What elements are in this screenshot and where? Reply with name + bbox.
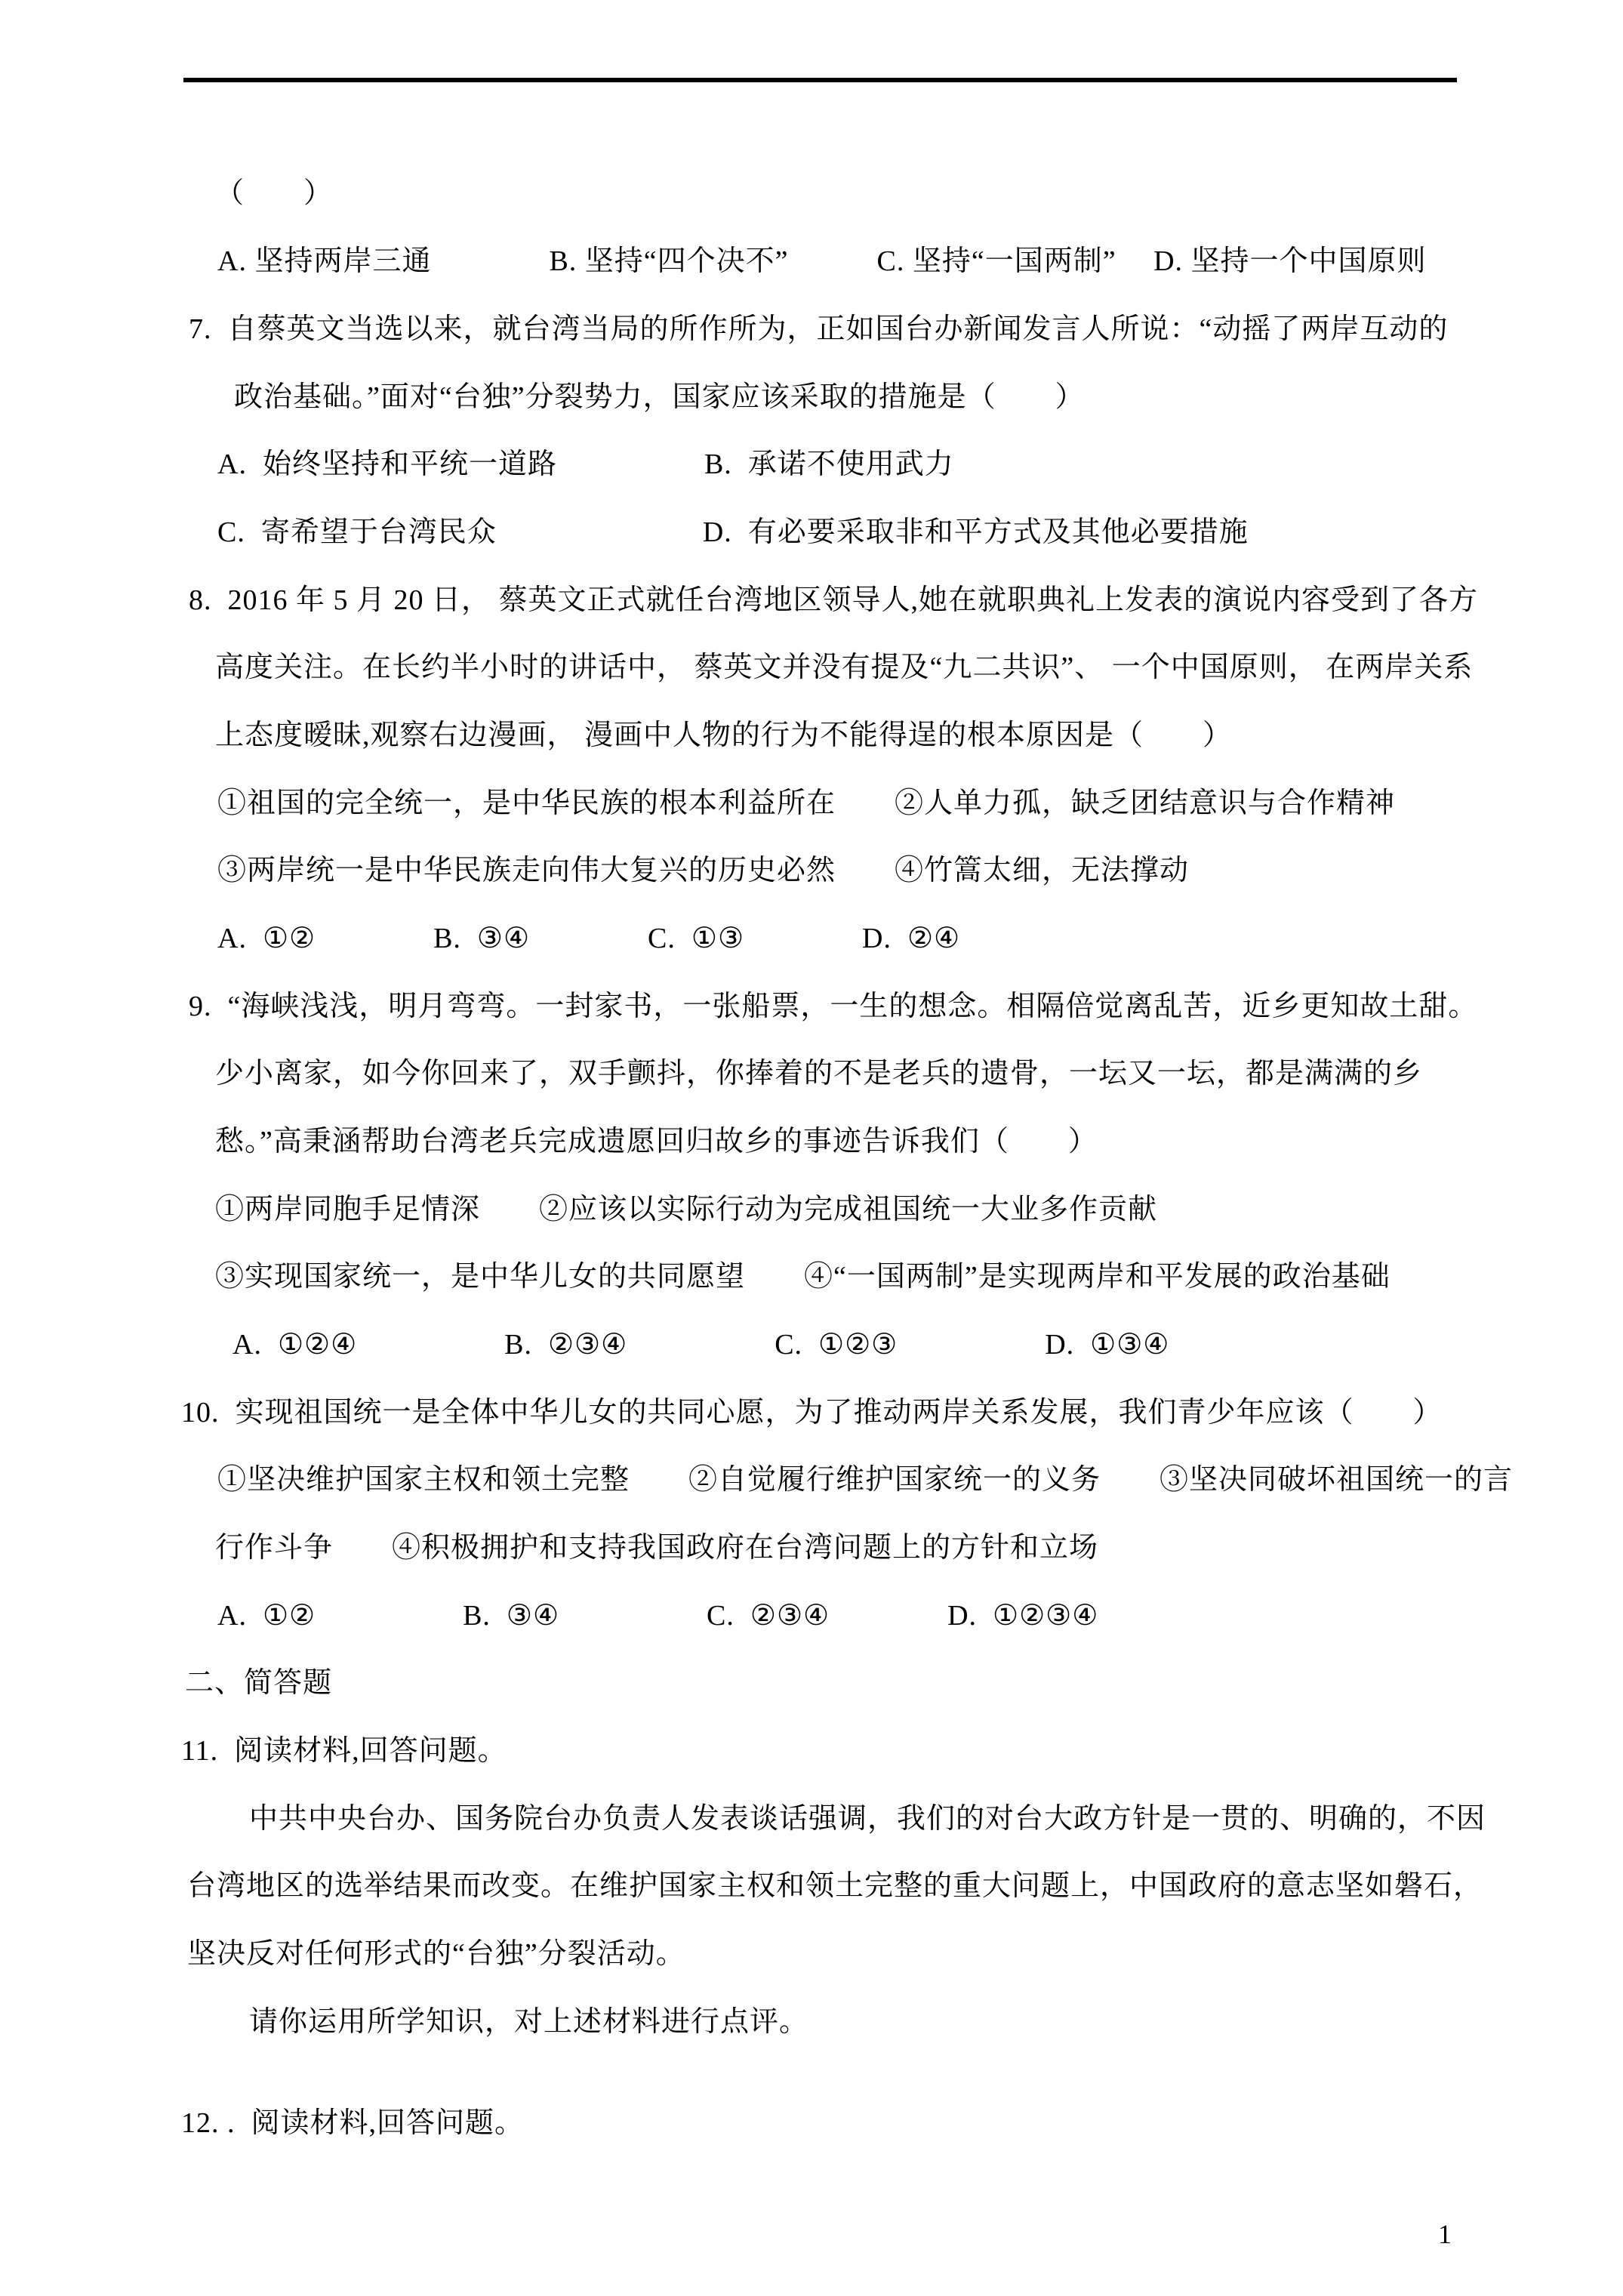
text-line: 少小离家，如今你回来了，双手颤抖，你捧着的不是老兵的遗骨，一坛又一坛，都是满满的… bbox=[215, 1054, 1422, 1093]
page-number: 1 bbox=[1438, 2218, 1452, 2250]
text-line: 上态度暧昧,观察右边漫画， 漫画中人物的行为不能得逞的根本原因是（ ） bbox=[215, 716, 1232, 755]
text-line: 愁。”高秉涵帮助台湾老兵完成遗愿回归故乡的事迹告诉我们（ ） bbox=[215, 1122, 1098, 1161]
text-line: 行作斗争 ④积极拥护和支持我国政府在台湾问题上的方针和立场 bbox=[215, 1528, 1098, 1567]
text-line: 政治基础。”面对“台独”分裂势力，国家应该采取的措施是（ ） bbox=[234, 378, 1085, 417]
text-line: ①两岸同胞手足情深 ②应该以实际行动为完成祖国统一大业多作贡献 bbox=[215, 1190, 1157, 1229]
text-line: ③实现国家统一，是中华儿女的共同愿望 ④“一国两制”是实现两岸和平发展的政治基础 bbox=[215, 1257, 1390, 1296]
text-line: 11. 阅读材料,回答问题。 bbox=[181, 1731, 507, 1771]
text-line: A. ①② B. ③④ C. ①③ D. ②④ bbox=[217, 919, 960, 958]
text-line: 8. 2016 年 5 月 20 日， 蔡英文正式就任台湾地区领导人,她在就职典… bbox=[189, 581, 1478, 620]
text-line: ①祖国的完全统一，是中华民族的根本利益所在 ②人单力孤，缺乏团结意识与合作精神 bbox=[217, 784, 1395, 823]
text-line: 10. 实现祖国统一是全体中华儿女的共同心愿，为了推动两岸关系发展，我们青少年应… bbox=[181, 1393, 1443, 1432]
document-page: （ ）A. 坚持两岸三通 B. 坚持“四个决不” C. 坚持“一国两制” D. … bbox=[0, 0, 1623, 2296]
text-line: ①坚决维护国家主权和领土完整 ②自觉履行维护国家统一的义务 ③坚决同破坏祖国统一… bbox=[217, 1460, 1513, 1499]
text-line: 9. “海峡浅浅，明月弯弯。一封家书，一张船票，一生的想念。相隔倍觉离乱苦，近乡… bbox=[189, 987, 1477, 1026]
text-line: 中共中央台办、国务院台办负责人发表谈话强调，我们的对台大政方针是一贯的、明确的，… bbox=[249, 1799, 1486, 1838]
text-line: 12. . 阅读材料,回答问题。 bbox=[181, 2103, 524, 2143]
document-body: （ ）A. 坚持两岸三通 B. 坚持“四个决不” C. 坚持“一国两制” D. … bbox=[0, 0, 1623, 2296]
text-line: ③两岸统一是中华民族走向伟大复兴的历史必然 ④竹篙太细，无法撑动 bbox=[217, 851, 1189, 890]
text-line: C. 寄希望于台湾民众 D. 有必要采取非和平方式及其他必要措施 bbox=[217, 513, 1249, 552]
text-line: 7. 自蔡英文当选以来，就台湾当局的所作所为，正如国台办新闻发言人所说：“动摇了… bbox=[189, 310, 1448, 349]
text-line: A. ①②④ B. ②③④ C. ①②③ D. ①③④ bbox=[233, 1325, 1169, 1364]
text-line: 二、简答题 bbox=[185, 1663, 332, 1703]
text-line: A. ①② B. ③④ C. ②③④ D. ①②③④ bbox=[217, 1596, 1098, 1635]
text-line: A. 始终坚持和平统一道路 B. 承诺不使用武力 bbox=[217, 445, 954, 484]
text-line: 台湾地区的选举结果而改变。在维护国家主权和领土完整的重大问题上，中国政府的意志坚… bbox=[187, 1866, 1483, 1906]
text-line: （ ） bbox=[215, 174, 333, 213]
text-line: 高度关注。在长约半小时的讲话中， 蔡英文并没有提及“九二共识”、 一个中国原则，… bbox=[215, 648, 1473, 687]
text-line: 请你运用所学知识，对上述材料进行点评。 bbox=[249, 2002, 808, 2042]
text-line: 坚决反对任何形式的“台独”分裂活动。 bbox=[187, 1934, 685, 1974]
text-line: A. 坚持两岸三通 B. 坚持“四个决不” C. 坚持“一国两制” D. 坚持一… bbox=[217, 242, 1427, 281]
